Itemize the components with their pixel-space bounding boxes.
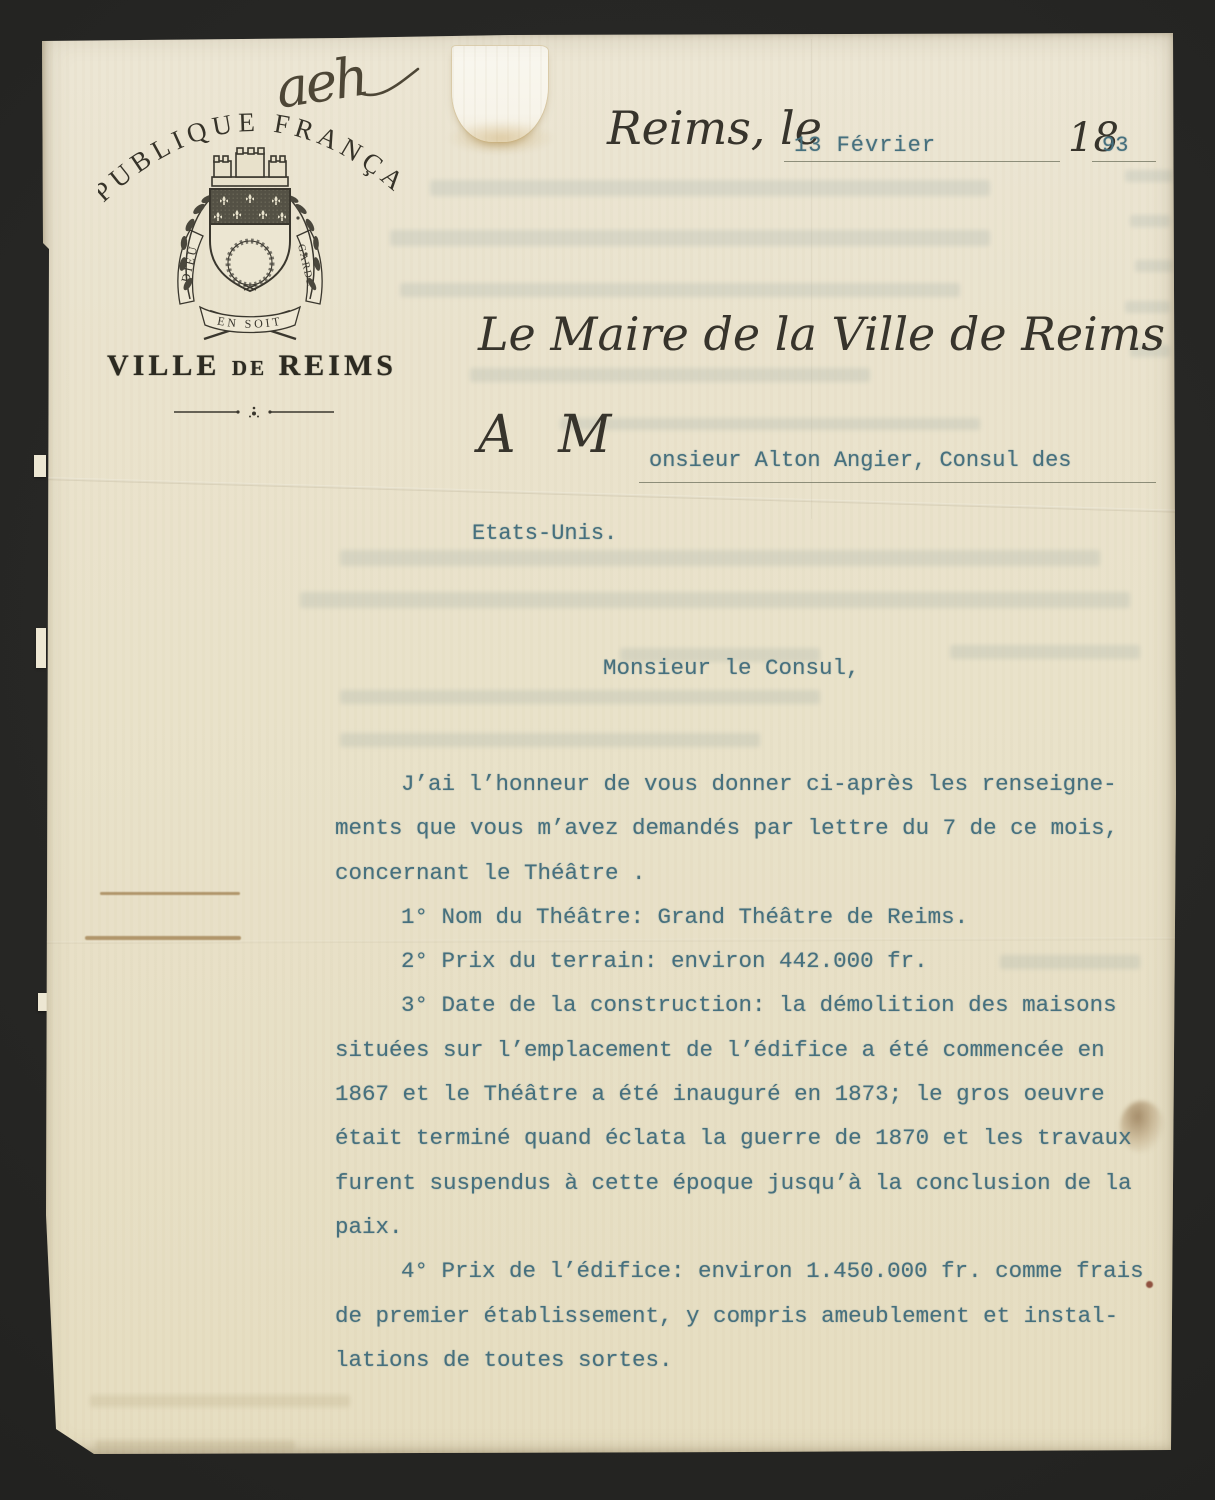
bleedthrough-line [400, 283, 960, 297]
body-line: 1° Nom du Théâtre: Grand Théâtre de Reim… [335, 895, 1165, 939]
dateline-underline [784, 161, 1060, 162]
bleedthrough-line [950, 645, 1140, 659]
city-word-de: DE [232, 356, 267, 380]
body-line: J’ai l’honneur de vous donner ci-après l… [335, 762, 1165, 806]
city-word: REIMS [279, 349, 397, 382]
bleedthrough-line [300, 592, 1130, 608]
paper-tab [34, 455, 46, 477]
body-line: 3° Date de la construction: la démolitio… [335, 983, 1165, 1027]
city-word: VILLE [107, 349, 220, 382]
recipient-script-prefix: A M [478, 405, 611, 465]
reims-coat-of-arms: DIEU GARDE [148, 137, 352, 351]
banner: EN SOIT [200, 307, 300, 333]
shield [210, 189, 290, 291]
body-line: furent suspendus à cette époque jusqu’à … [335, 1161, 1165, 1205]
recipient-line2: Etats-Unis. [472, 521, 617, 546]
paper-tab [38, 993, 47, 1011]
bleedthrough-line [340, 690, 820, 704]
recipient-underline [639, 482, 1156, 483]
dateline-year-typed: 93 [1102, 133, 1128, 158]
bleedthrough-line [95, 1440, 295, 1450]
bleedthrough-line [560, 418, 980, 430]
body-line: 4° Prix de l’édifice: environ 1.450.000 … [335, 1249, 1165, 1293]
dateline-date: 13 Février [794, 133, 936, 158]
bleedthrough-line [340, 733, 760, 747]
body-line: paix. [335, 1205, 1165, 1249]
body-line: concernant le Théâtre . [335, 851, 1165, 895]
body-line: lations de toutes sortes. [335, 1338, 1165, 1382]
bleedthrough-line [1130, 215, 1170, 227]
dateline-underline-2 [1092, 161, 1156, 162]
body-line: 2° Prix du terrain: environ 442.000 fr. [335, 939, 1165, 983]
bleedthrough-line [340, 550, 1100, 566]
divider-ornament [172, 403, 336, 421]
city-title: VILLE DE REIMS [97, 349, 407, 383]
mural-crown [212, 148, 288, 186]
recipient-typed: onsieur Alton Angier, Consul des [649, 448, 1071, 473]
photo-backdrop: aeh RÉPUBLIQUE FRANÇAISE [0, 0, 1215, 1500]
body-line: était terminé quand éclata la guerre de … [335, 1116, 1165, 1160]
bleedthrough-line [1135, 260, 1173, 272]
margin-mark [85, 936, 241, 940]
letter-body: J’ai l’honneur de vous donner ci-après l… [335, 762, 1165, 1382]
paper-tab [36, 628, 46, 668]
bleedthrough-line [470, 368, 870, 382]
bleedthrough-line [1125, 170, 1173, 182]
body-line: situées sur l’emplacement de l’édifice a… [335, 1028, 1165, 1072]
patch-stain [446, 121, 556, 155]
body-line: 1867 et le Théâtre a été inauguré en 187… [335, 1072, 1165, 1116]
letter-sheet: aeh RÉPUBLIQUE FRANÇAISE [42, 33, 1176, 1457]
salutation: Monsieur le Consul, [603, 655, 860, 681]
bleedthrough-line [90, 1395, 350, 1407]
margin-mark [100, 892, 240, 895]
bleedthrough-line [430, 180, 990, 196]
bleedthrough-line [390, 230, 990, 246]
dateline-place: Reims, le [607, 101, 822, 155]
body-line: de premier établissement, y compris ameu… [335, 1294, 1165, 1338]
body-line: ments que vous m’avez demandés par lettr… [335, 806, 1165, 850]
sender-line: Le Maire de la Ville de Reims [478, 307, 1165, 361]
